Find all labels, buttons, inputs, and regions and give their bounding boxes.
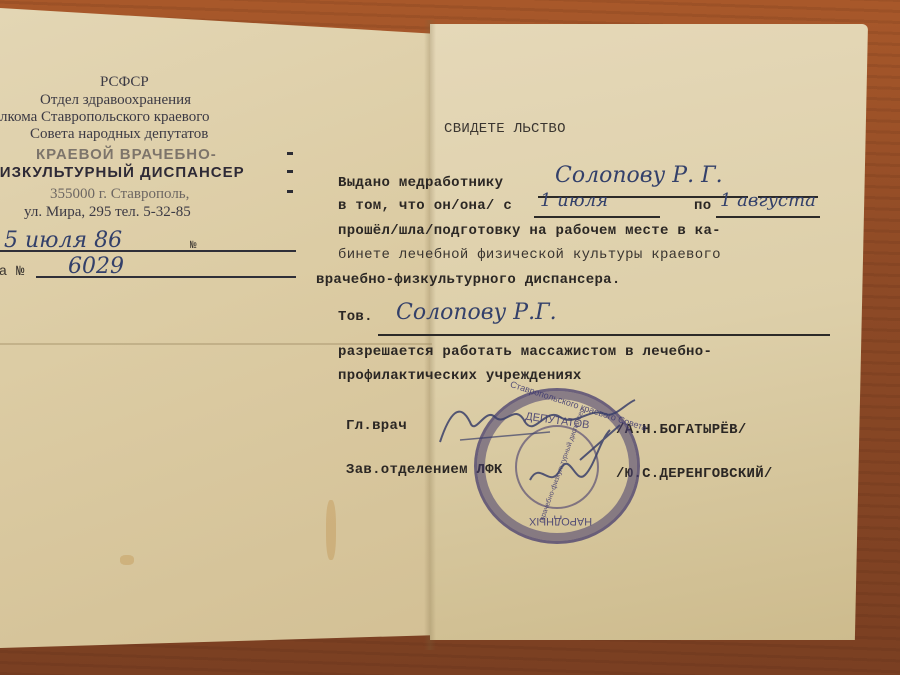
certificate-title: СВИДЕТЕ ЛЬСТВО [444, 121, 566, 137]
letterhead-department: Отдел здравоохранения [40, 92, 191, 109]
comrade-name: Солопову Р.Г. [396, 300, 557, 325]
letterhead-city: 355000 г. Ставрополь, [50, 186, 189, 203]
issued-to-label: Выдано медработнику [338, 175, 503, 191]
period-from-underline [534, 216, 660, 218]
stamp-mark [287, 170, 293, 173]
department-head-signature [520, 420, 640, 500]
letterhead-address-phone: ул. Мира, 295 тел. 5-32-85 [24, 204, 191, 221]
paper-stain [120, 555, 134, 565]
paper-stain [326, 500, 336, 560]
date-underline [0, 250, 296, 252]
period-to-underline [716, 216, 820, 218]
stamp-mark [287, 152, 293, 155]
chief-doctor-label: Гл.врач [346, 418, 407, 434]
letterhead-council: Совета народных депутатов [30, 126, 208, 143]
number-underline [36, 276, 296, 278]
comrade-label: Тов. [338, 309, 373, 325]
period-label: в том, что он/она/ с [338, 198, 512, 214]
period-from: 1 июля [540, 190, 608, 211]
body-line-1: прошёл/шла/подготовку на рабочем месте в… [338, 223, 721, 239]
period-to: 1 августа [720, 190, 816, 211]
letterhead-country: РСФСР [100, 74, 149, 91]
seal-text-bottom: НАРОДНЫХ [529, 515, 592, 527]
stamp-mark [287, 190, 293, 193]
letterhead-executive-committee: исполкома Ставропольского краевого [0, 109, 210, 126]
reference-number-label: На № [0, 264, 25, 280]
comrade-underline [378, 334, 830, 336]
permission-line-2: профилактических учреждениях [338, 368, 582, 384]
permission-line-1: разрешается работать массажистом в лечеб… [338, 344, 712, 360]
letterhead-institution-line1: КРАЕВОЙ ВРАЧЕБНО- [36, 146, 217, 163]
period-to-label: по [694, 198, 711, 214]
document-right-page [430, 24, 868, 640]
body-line-3: врачебно-физкультурного диспансера. [316, 272, 621, 288]
body-line-2: бинете лечебной физической культуры крае… [338, 247, 721, 263]
letterhead-institution-line2: ФИЗКУЛЬТУРНЫЙ ДИСПАНСЕР [0, 164, 245, 181]
issued-to-name: Солопову Р. Г. [555, 163, 723, 188]
